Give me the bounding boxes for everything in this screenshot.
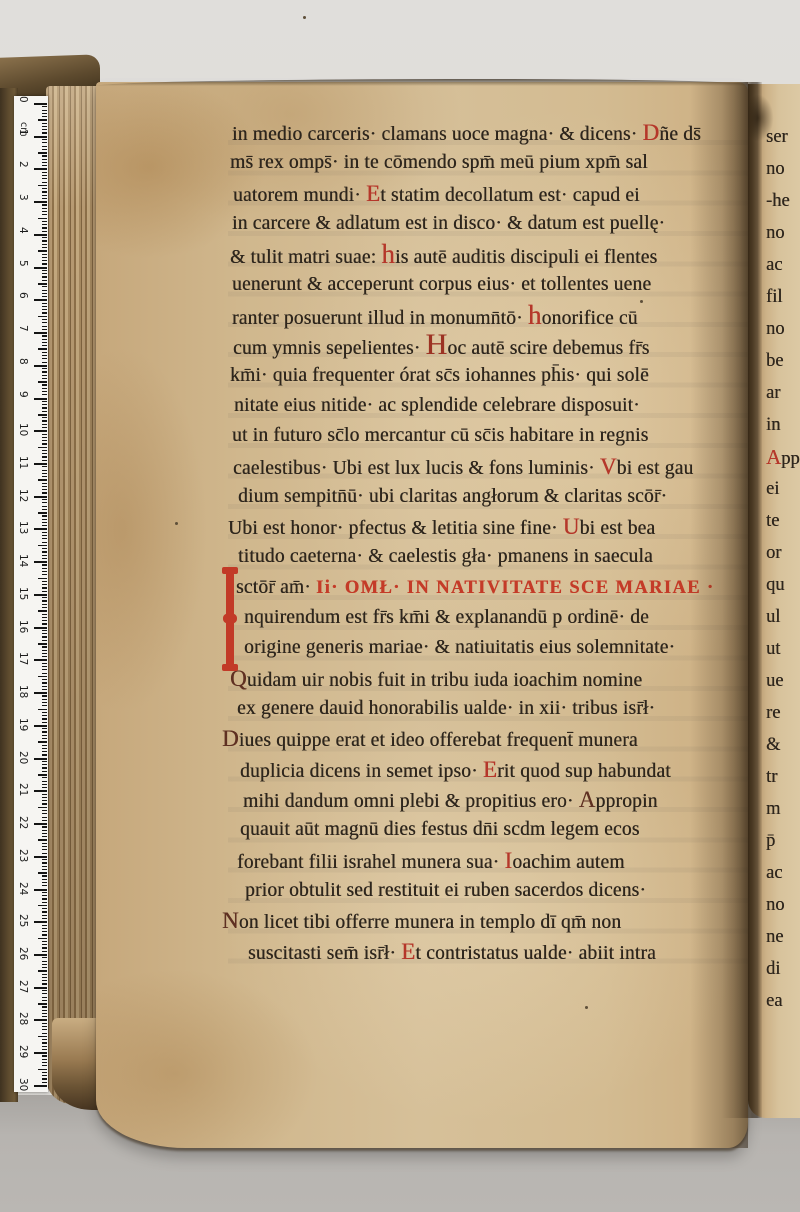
ruler-minor-tick <box>42 735 47 736</box>
ruler-minor-tick <box>42 944 47 945</box>
ruler-minor-tick <box>42 411 47 412</box>
ruler-minor-tick <box>42 636 47 637</box>
ruler-minor-tick <box>42 146 47 147</box>
ruler-minor-tick <box>42 911 47 912</box>
ruler-minor-tick <box>42 260 47 261</box>
ruler-minor-tick <box>42 1010 47 1011</box>
initial-top-serif <box>222 567 238 574</box>
ruler-minor-tick <box>42 600 47 601</box>
ruler-minor-tick <box>42 1029 47 1030</box>
ruler-minor-tick <box>42 182 47 183</box>
ruler-minor-tick <box>42 486 47 487</box>
speck <box>175 522 178 525</box>
ruler-minor-tick <box>42 1078 47 1079</box>
ruler-minor-tick <box>38 414 47 416</box>
facing-page-fragment: fil <box>766 282 782 312</box>
ruler-minor-tick <box>42 686 47 687</box>
ruler-minor-tick <box>42 925 47 926</box>
manuscript-text: pp <box>781 449 800 469</box>
ruler-minor-tick <box>42 951 47 952</box>
ruler-minor-tick <box>42 322 47 323</box>
ruler-minor-tick <box>42 826 47 827</box>
ruler-cm-tick <box>34 1052 47 1054</box>
ruler-minor-tick <box>42 345 47 346</box>
ruler-minor-tick <box>42 974 47 975</box>
ruler-minor-tick <box>42 568 47 569</box>
ruler-minor-tick <box>42 358 47 359</box>
ruler-minor-tick <box>42 1006 47 1007</box>
ruler-minor-tick <box>42 280 47 281</box>
ruler-minor-tick <box>42 666 47 667</box>
facing-page-fragment: App <box>766 442 800 472</box>
ruler-minor-tick <box>42 931 47 932</box>
ruler-minor-tick <box>42 564 47 565</box>
ruler-minor-tick <box>42 254 47 255</box>
ruler-minor-tick <box>42 159 47 160</box>
ruler-minor-tick <box>38 283 47 285</box>
ruler-minor-tick <box>42 885 47 886</box>
ruler-minor-tick <box>42 1026 47 1027</box>
ruler-minor-tick <box>42 781 47 782</box>
ruler-minor-tick <box>42 738 47 739</box>
ruler-minor-tick <box>38 381 47 383</box>
ruler-minor-tick <box>42 767 47 768</box>
ruler-minor-tick <box>42 555 47 556</box>
facing-page-fragment: qu <box>766 570 785 600</box>
ruler-minor-tick <box>38 545 47 547</box>
facing-page-fragment: no <box>766 314 785 344</box>
ruler-minor-tick <box>42 630 47 631</box>
ruler-minor-tick <box>42 777 47 778</box>
ruler-minor-tick <box>42 797 47 798</box>
ruler-minor-tick <box>42 548 47 549</box>
ruler-minor-tick <box>42 574 47 575</box>
facing-page-fragment: ne <box>766 922 783 952</box>
ruler-minor-tick <box>42 584 47 585</box>
facing-page-fragment: ac <box>766 250 782 280</box>
ruler-minor-tick <box>42 961 47 962</box>
ruler-minor-tick <box>42 355 47 356</box>
ruler-minor-tick <box>42 1059 47 1060</box>
ruler-minor-tick <box>42 211 47 212</box>
facing-page-fragment: p̄ <box>766 826 775 856</box>
ruler-minor-tick <box>42 515 47 516</box>
stacked-page-edges <box>46 86 102 1104</box>
ruler-minor-tick <box>42 231 47 232</box>
ruler-minor-tick <box>42 1042 47 1043</box>
ruler-minor-tick <box>42 1082 47 1083</box>
ruler-minor-tick <box>42 663 47 664</box>
ruler-minor-tick <box>42 296 47 297</box>
ruler-minor-tick <box>42 116 47 117</box>
ruler-cm-tick <box>34 856 47 858</box>
ruler-number: 27 <box>17 980 29 993</box>
facing-page-fragment: ea <box>766 986 782 1016</box>
ruler-minor-tick <box>42 997 47 998</box>
ruler-minor-tick <box>42 754 47 755</box>
ruler-minor-tick <box>42 633 47 634</box>
ruler-minor-tick <box>42 188 47 189</box>
ruler-minor-tick <box>42 908 47 909</box>
ruler-minor-tick <box>38 970 47 972</box>
ruler-minor-tick <box>42 352 47 353</box>
ruler-minor-tick <box>42 915 47 916</box>
ruler-minor-tick <box>38 610 47 612</box>
ruler-minor-tick <box>42 473 47 474</box>
ruler-minor-tick <box>42 175 47 176</box>
showthrough-text-ghost <box>228 120 748 982</box>
ruler-cm-tick <box>34 954 47 956</box>
ruler-minor-tick <box>42 771 47 772</box>
ruler-minor-tick <box>38 872 47 874</box>
ruler-cm-tick <box>34 1019 47 1021</box>
ruler-minor-tick <box>42 312 47 313</box>
ruler-cm-tick <box>34 496 47 498</box>
ruler-cm-tick <box>34 463 47 465</box>
page-gutter-shading <box>690 82 748 1148</box>
ruler-minor-tick <box>42 388 47 389</box>
ruler-minor-tick <box>42 571 47 572</box>
ruler-minor-tick <box>42 240 47 241</box>
ruler-minor-tick <box>42 784 47 785</box>
ruler-minor-tick <box>42 653 47 654</box>
facing-page-fragment: or <box>766 538 781 568</box>
ruler-minor-tick <box>42 335 47 336</box>
ruler-cm-tick <box>34 790 47 792</box>
ruler-minor-tick <box>42 466 47 467</box>
ruler-minor-tick <box>42 290 47 291</box>
ruler-minor-tick <box>42 224 47 225</box>
ruler-minor-tick <box>42 1049 47 1050</box>
ruler-minor-tick <box>42 276 47 277</box>
ruler-minor-tick <box>42 384 47 385</box>
ruler-minor-tick <box>42 859 47 860</box>
facing-page-fragment: be <box>766 346 783 376</box>
ruler-minor-tick <box>42 718 47 719</box>
ruler-minor-tick <box>42 407 47 408</box>
ruler-minor-tick <box>42 964 47 965</box>
ruler-minor-tick <box>42 705 47 706</box>
manuscript-photo: serno-henoacfilnobearinAppeiteorquulutue… <box>0 0 800 1212</box>
ruler-minor-tick <box>42 123 47 124</box>
ruler-minor-tick <box>42 456 47 457</box>
ruler-minor-tick <box>42 273 47 274</box>
ruler-cm-tick <box>34 201 47 203</box>
ruler-minor-tick <box>42 836 47 837</box>
ruler-minor-tick <box>38 741 47 743</box>
ruler-minor-tick <box>42 178 47 179</box>
facing-page-fragment: re <box>766 698 780 728</box>
ruler-minor-tick <box>42 538 47 539</box>
ruler-minor-tick <box>42 656 47 657</box>
ruler-cm-tick <box>34 594 47 596</box>
ruler-minor-tick <box>42 947 47 948</box>
ruler-minor-tick <box>42 326 47 327</box>
ruler-minor-tick <box>42 303 47 304</box>
ruler-minor-tick <box>42 673 47 674</box>
initial-knob <box>223 613 237 624</box>
ruler-cm-tick <box>34 1085 47 1087</box>
ruler-minor-tick <box>42 731 47 732</box>
ruler-number: 30 <box>17 1078 29 1091</box>
ruler-cm-tick <box>34 168 47 170</box>
ruler-minor-tick <box>42 833 47 834</box>
facing-page-fragment: no <box>766 890 785 920</box>
ruler-number: 24 <box>17 882 29 895</box>
ruler-minor-tick <box>42 990 47 991</box>
ruler-minor-tick <box>42 417 47 418</box>
ruler-minor-tick <box>42 244 47 245</box>
ruler-number: 5 <box>17 260 29 267</box>
ruler-minor-tick <box>42 1062 47 1063</box>
ruler-cm-tick <box>34 659 47 661</box>
ruler-minor-tick <box>42 1039 47 1040</box>
ruler-minor-tick <box>42 918 47 919</box>
ruler-minor-tick <box>42 1072 47 1073</box>
ruler-minor-tick <box>42 614 47 615</box>
ruler-minor-tick <box>42 339 47 340</box>
ruler-minor-tick <box>42 270 47 271</box>
ruler-minor-tick <box>38 1069 47 1071</box>
rubricated-initial: A <box>766 445 781 469</box>
ruler-minor-tick <box>42 646 47 647</box>
ruler-minor-tick <box>38 185 47 187</box>
facing-page-fragment: ul <box>766 602 780 632</box>
ruler-number: 9 <box>17 391 29 398</box>
ruler-minor-tick <box>42 155 47 156</box>
ruler-minor-tick <box>42 715 47 716</box>
facing-page-fragment: & <box>766 730 780 760</box>
ruler-minor-tick <box>42 237 47 238</box>
ruler-minor-tick <box>42 787 47 788</box>
ruler-minor-tick <box>42 764 47 765</box>
ruler-minor-tick <box>42 214 47 215</box>
ruler-minor-tick <box>38 774 47 776</box>
ruler-minor-tick <box>42 470 47 471</box>
ruler-minor-tick <box>42 640 47 641</box>
ruler-minor-tick <box>42 879 47 880</box>
ruler-minor-tick <box>42 751 47 752</box>
ruler-number: 26 <box>17 947 29 960</box>
ruler-number: 1 <box>17 129 29 136</box>
ruler-minor-tick <box>42 110 47 111</box>
ruler-minor-tick <box>42 329 47 330</box>
ruler-minor-tick <box>42 263 47 264</box>
ruler-minor-tick <box>38 218 47 220</box>
ruler-number: 4 <box>17 227 29 234</box>
ruler-minor-tick <box>42 286 47 287</box>
ruler-minor-tick <box>38 1036 47 1038</box>
ruler-minor-tick <box>38 479 47 481</box>
ruler-minor-tick <box>42 928 47 929</box>
ruler-minor-tick <box>42 247 47 248</box>
ruler-minor-tick <box>42 319 47 320</box>
ruler-minor-tick <box>42 934 47 935</box>
ruler-number: 3 <box>17 194 29 201</box>
ruler-minor-tick <box>42 620 47 621</box>
ruler-minor-tick <box>38 152 47 154</box>
ruler-minor-tick <box>42 820 47 821</box>
ruler-minor-tick <box>42 309 47 310</box>
ruler-minor-tick <box>42 450 47 451</box>
ruler-minor-tick <box>42 535 47 536</box>
ruler-cm-tick <box>34 332 47 334</box>
facing-page-fragment: ei <box>766 474 779 504</box>
ruler-cm-tick <box>34 725 47 727</box>
speck <box>640 300 643 303</box>
facing-page-fragment: di <box>766 954 780 984</box>
ruler-minor-tick <box>42 794 47 795</box>
ruler-minor-tick <box>42 257 47 258</box>
facing-page-fragment: in <box>766 410 780 440</box>
ruler-cm-tick <box>34 823 47 825</box>
ruler-minor-tick <box>42 375 47 376</box>
ruler-minor-tick <box>38 1003 47 1005</box>
ruler-number: 0 <box>17 96 29 103</box>
ruler-number: 8 <box>17 358 29 365</box>
ruler-minor-tick <box>42 342 47 343</box>
ruler-minor-tick <box>38 676 47 678</box>
ruler-minor-tick <box>42 165 47 166</box>
ruler-number: 11 <box>17 456 29 469</box>
ruler-minor-tick <box>42 227 47 228</box>
ruler-cm-tick <box>34 627 47 629</box>
ruler-minor-tick <box>42 551 47 552</box>
ruler-minor-tick <box>42 604 47 605</box>
ruler-minor-tick <box>42 695 47 696</box>
ruler-minor-tick <box>42 1000 47 1001</box>
ruler-minor-tick <box>42 993 47 994</box>
initial-bottom-serif <box>222 664 238 671</box>
ruler-minor-tick <box>42 126 47 127</box>
ruler-minor-tick <box>38 709 47 711</box>
ruler-minor-tick <box>38 348 47 350</box>
ruler-minor-tick <box>42 591 47 592</box>
ruler-minor-tick <box>42 817 47 818</box>
ruler-minor-tick <box>42 1033 47 1034</box>
ruler-minor-tick <box>42 492 47 493</box>
ruler-minor-tick <box>42 208 47 209</box>
ruler-minor-tick <box>42 1016 47 1017</box>
ruler-minor-tick <box>42 623 47 624</box>
ruler-number: 22 <box>17 816 29 829</box>
ruler-minor-tick <box>42 1065 47 1066</box>
ruler-minor-tick <box>42 519 47 520</box>
ruler-minor-tick <box>42 440 47 441</box>
facing-page-fragment: no <box>766 154 785 184</box>
ruler-minor-tick <box>42 898 47 899</box>
ruler-minor-tick <box>38 578 47 580</box>
ruler-minor-tick <box>42 581 47 582</box>
ruler-minor-tick <box>42 843 47 844</box>
ruler-minor-tick <box>42 682 47 683</box>
ruler-minor-tick <box>42 368 47 369</box>
ruler-number: 20 <box>17 751 29 764</box>
ruler-minor-tick <box>42 394 47 395</box>
ruler-minor-tick <box>42 489 47 490</box>
ruler-minor-tick <box>42 532 47 533</box>
ruler-minor-tick <box>42 846 47 847</box>
ruler-minor-tick <box>42 875 47 876</box>
ruler-number: 2 <box>17 161 29 168</box>
ruler-minor-tick <box>42 401 47 402</box>
ruler-minor-tick <box>42 129 47 130</box>
facing-page-fragment: ar <box>766 378 780 408</box>
ruler-number: 6 <box>17 292 29 299</box>
facing-page-fragment: te <box>766 506 779 536</box>
ruler-minor-tick <box>38 250 47 252</box>
ruler-minor-tick <box>42 862 47 863</box>
ruler-minor-tick <box>42 525 47 526</box>
ruler-minor-tick <box>42 761 47 762</box>
ruler-minor-tick <box>42 869 47 870</box>
facing-page-fragment: no <box>766 218 785 248</box>
ruler-cm-tick <box>34 692 47 694</box>
ruler-minor-tick <box>42 362 47 363</box>
ruler-minor-tick <box>42 712 47 713</box>
ruler-cm-tick <box>34 528 47 530</box>
ruler-minor-tick <box>42 542 47 543</box>
ruler-minor-tick <box>42 306 47 307</box>
ruler-minor-tick <box>42 1075 47 1076</box>
ruler-cm-tick <box>34 267 47 269</box>
ruler-minor-tick <box>42 509 47 510</box>
ruler-minor-tick <box>42 378 47 379</box>
ruler-minor-tick <box>42 427 47 428</box>
facing-page-fragment: tr <box>766 762 777 792</box>
ruler-minor-tick <box>42 460 47 461</box>
ruler-minor-tick <box>42 689 47 690</box>
ruler-minor-tick <box>42 699 47 700</box>
ruler-minor-tick <box>42 404 47 405</box>
ruler-minor-tick <box>42 162 47 163</box>
ruler-minor-tick <box>42 371 47 372</box>
ruler-minor-tick <box>42 483 47 484</box>
speck <box>585 1006 588 1009</box>
ruler-minor-tick <box>42 669 47 670</box>
ruler-minor-tick <box>38 643 47 645</box>
ruler-cm-tick <box>34 987 47 989</box>
ruler-minor-tick <box>42 142 47 143</box>
ruler-minor-tick <box>42 597 47 598</box>
ruler-minor-tick <box>42 191 47 192</box>
ruler-number: 13 <box>17 521 29 534</box>
ruler-number: 7 <box>17 325 29 332</box>
ruler-minor-tick <box>42 1023 47 1024</box>
ruler-minor-tick <box>38 938 47 940</box>
ruler-minor-tick <box>42 650 47 651</box>
ruler-cm-tick <box>34 136 47 138</box>
ruler-minor-tick <box>42 434 47 435</box>
ruler-cm-tick <box>34 561 47 563</box>
ruler-minor-tick <box>42 443 47 444</box>
facing-page-fragment: ut <box>766 634 780 664</box>
ruler-number: 21 <box>17 783 29 796</box>
ruler-minor-tick <box>42 424 47 425</box>
ruler-number: 14 <box>17 554 29 567</box>
ruler-minor-tick <box>42 113 47 114</box>
ruler-cm-tick <box>34 103 47 105</box>
ruler-minor-tick <box>42 722 47 723</box>
ruler-minor-tick <box>42 476 47 477</box>
facing-page-fragment: ser <box>766 122 788 152</box>
ruler-minor-tick <box>42 748 47 749</box>
ruler-minor-tick <box>42 941 47 942</box>
ruler-minor-tick <box>42 1046 47 1047</box>
ruler-number: 28 <box>17 1012 29 1025</box>
ruler-minor-tick <box>38 447 47 449</box>
ruler-minor-tick <box>42 198 47 199</box>
